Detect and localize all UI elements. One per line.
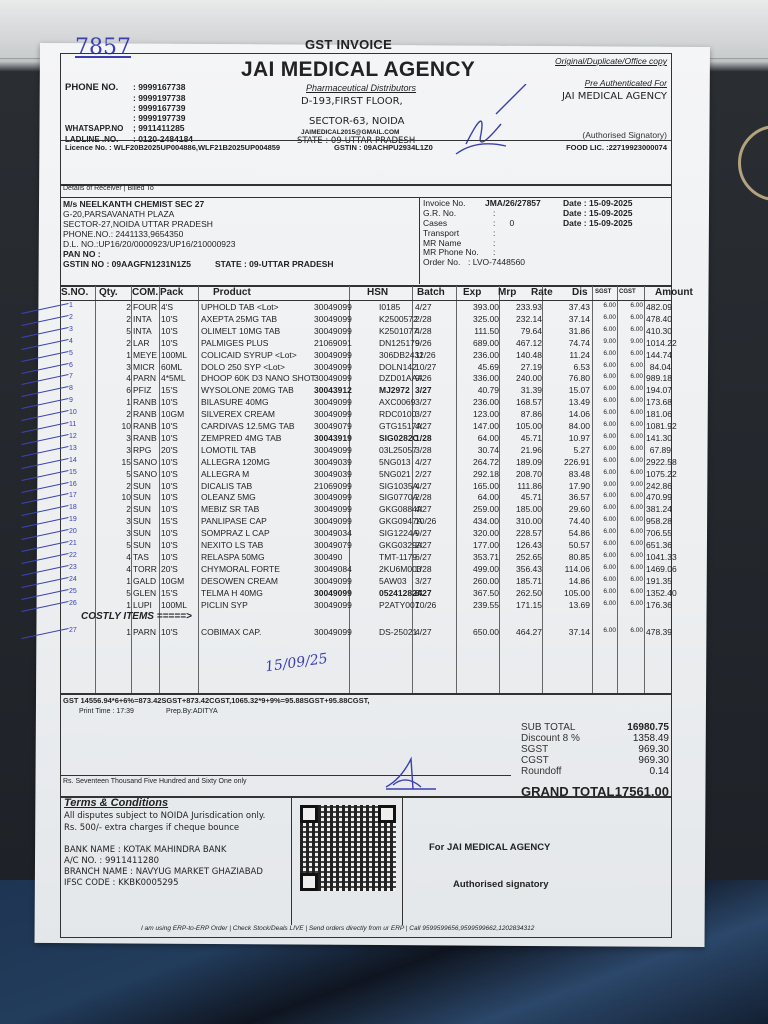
receiver-label: Details of Receiver | Billed To [63,185,154,192]
cell-mrp: 165.00 [458,481,499,491]
cell-mrp: 111.50 [458,326,499,336]
cell-exp: 2/28 [415,492,432,502]
cell-mrp: 325.00 [458,314,499,324]
cell-pack: 10'S [161,552,178,562]
cell-amount: 67.89 [646,445,671,455]
cell-exp: 11/26 [415,350,436,360]
order-number: : LVO-7448560 [468,257,525,267]
cell-product: COLICAID SYRUP <Lot> [201,350,297,360]
cell-com: SUN [133,504,151,514]
cell-rate: 45.71 [501,492,542,502]
qr-code-icon [300,805,396,891]
cell-qty: 2 [95,504,131,514]
cell-product: DHOOP 60K D3 NANO SHOT [201,373,316,383]
cell-cgst: 6.00 [618,385,643,392]
cell-com: SUN [133,516,151,526]
cell-mrp: 650.00 [458,627,499,637]
cell-mrp: 292.18 [458,469,499,479]
cell-amount: 84.04 [646,362,671,372]
receiver-name: M/s NEELKANTH CHEMIST SEC 27 [63,199,334,209]
cell-dis: 74.40 [544,516,590,526]
cell-sgst: 6.00 [593,504,616,511]
cell-pack: 100ML [161,600,187,610]
pre-authenticated-name: JAI MEDICAL AGENCY [562,91,667,102]
cell-cgst: 6.00 [618,362,643,369]
cell-com: PFIZ [133,385,151,395]
cell-sgst: 9.00 [593,338,616,345]
cell-exp: 4/27 [415,421,432,431]
cell-exp: 3/27 [415,385,432,395]
cell-hsn: 30049084 [314,564,352,574]
cell-exp: 10/26 [415,600,436,610]
cell-sno: 22 [69,552,77,559]
cell-amount: 176.36 [646,600,671,610]
cell-cgst: 6.00 [618,373,643,380]
cell-exp: 4/27 [415,481,432,491]
cell-cgst: 6.00 [618,314,643,321]
cell-cgst: 6.00 [618,350,643,357]
terms-title: Terms & Conditions [64,797,168,809]
table-row: 51MEYE100MLCOLICAID SYRUP <Lot>300490993… [61,350,671,362]
cell-amount: 1469.06 [646,564,671,574]
cell-batch: MJ2972 [379,385,410,395]
cell-com: RANB [133,397,157,407]
cell-product: OLIMELT 10MG TAB [201,326,280,336]
cell-batch: I0185 [379,302,400,312]
cell-qty: 3 [95,433,131,443]
rubber-band [738,125,768,201]
cell-mrp: 499.00 [458,564,499,574]
cell-mrp: 30.74 [458,445,499,455]
cell-cgst: 6.00 [618,457,643,464]
receiver-details: M/s NEELKANTH CHEMIST SEC 27 G-20,PARSAV… [63,199,334,269]
cell-amount: 173.68 [646,397,671,407]
cell-sno: 3 [69,326,73,333]
cell-dis: 17.90 [544,481,590,491]
table-row: 91RANB10'SBILASURE 40MG30049099AXC00693/… [61,397,671,409]
cell-hsn: 30049099 [314,350,352,360]
cell-hsn: 30049099 [314,576,352,586]
cell-com: INTA [133,314,152,324]
cell-amount: 2922.58 [646,457,671,467]
cell-product: BILASURE 40MG [201,397,269,407]
cell-batch: DS-25021 [379,627,417,637]
cell-sno: 8 [69,385,73,392]
cell-sgst: 6.00 [593,445,616,452]
cell-pack: 15'S [161,516,178,526]
table-row: 102RANB10GMSILVEREX CREAM30049099RDC0100… [61,409,671,421]
authorised-signatory: Authorised signatory [453,879,549,890]
cell-sno: 4 [69,338,73,345]
cell-cgst: 6.00 [618,421,643,428]
cell-qty: 3 [95,516,131,526]
cell-amount: 191.35 [646,576,671,586]
cell-cgst: 6.00 [618,564,643,571]
cell-mrp: 123.00 [458,409,499,419]
cell-product: DESOWEN CREAM [201,576,278,586]
cell-exp: 1/28 [415,564,432,574]
cell-hsn: 30049099 [314,373,352,383]
cell-rate: 21.96 [501,445,542,455]
table-row: 271PARN10'SCOBIMAX CAP.30049099DS-250214… [61,627,671,639]
cell-qty: 15 [95,457,131,467]
cell-mrp: 320.00 [458,528,499,538]
cell-sgst: 6.00 [593,350,616,357]
cell-mrp: 353.71 [458,552,499,562]
cell-qty: 4 [95,373,131,383]
cell-qty: 4 [95,552,131,562]
cell-com: RANB [133,409,157,419]
cell-qty: 2 [95,481,131,491]
cell-rate: 233.93 [501,302,542,312]
cell-sgst: 6.00 [593,469,616,476]
terms-text: All disputes subject to NOIDA Jurisdicat… [64,810,265,834]
cell-amount: 958.28 [646,516,671,526]
table-row: 241GALD10GMDESOWEN CREAM300490995AW033/2… [61,576,671,588]
table-row: 182SUN10'SMEBIZ SR TAB30049099GKG0884A4/… [61,504,671,516]
table-row: 234TORR20'SCHYMORAL FORTE300490842KU6M00… [61,564,671,576]
cell-rate: 185.71 [501,576,542,586]
cell-cgst: 6.00 [618,627,643,634]
gst-breakdown: GST 14556.94*6+6%=873.42SGST+873.42CGST,… [63,696,369,705]
cell-dis: 105.00 [544,588,590,598]
cell-sno: 26 [69,600,77,607]
table-row: 1710SUN10'SOLEANZ 5MG30049099SIG0770A2/2… [61,492,671,504]
for-agency-label: For JAI MEDICAL AGENCY [429,842,550,853]
cell-rate: 87.86 [501,409,542,419]
cell-dis: 5.27 [544,445,590,455]
cell-dis: 84.00 [544,421,590,431]
cell-qty: 2 [95,314,131,324]
cell-cgst: 6.00 [618,516,643,523]
cell-batch: SIG1224A [379,528,418,538]
cell-com: PARN [133,627,156,637]
totals-section: GST 14556.94*6+6%=873.42SGST+873.42CGST,… [60,693,672,798]
cell-qty: 4 [95,564,131,574]
cell-amount: 410.30 [646,326,671,336]
cell-sgst: 6.00 [593,362,616,369]
cell-rate: 310.00 [501,516,542,526]
table-row: 74PARN4*5MLDHOOP 60K D3 NANO SHOT3004909… [61,373,671,385]
cell-com: SUN [133,481,151,491]
cell-cgst: 6.00 [618,504,643,511]
copy-type: Original/Duplicate/Office copy [555,56,667,66]
cell-com: GLEN [133,588,156,598]
cell-pack: 10'S [161,492,178,502]
cell-com: TAS [133,552,149,562]
cell-dis: 6.53 [544,362,590,372]
cell-rate: 31.39 [501,385,542,395]
cell-rate: 105.00 [501,421,542,431]
cell-product: PANLIPASE CAP [201,516,267,526]
print-time: Print Time : 17:39 [79,708,134,715]
cell-hsn: 30049099 [314,504,352,514]
seller-phones: PHONE NO.: 9999167738 : 9999197738 : 999… [65,82,193,145]
cell-rate: 467.12 [501,338,542,348]
cell-sno: 5 [69,350,73,357]
cell-dis: 13.49 [544,397,590,407]
cell-product: ALLEGRA 120MG [201,457,270,467]
cell-sgst: 6.00 [593,492,616,499]
cell-com: LUPI [133,600,152,610]
cell-dis: 10.97 [544,433,590,443]
cell-pack: 100ML [161,350,187,360]
receiver-section: Details of Receiver | Billed To M/s NEEL… [60,185,672,287]
cell-pack: 4'S [161,302,173,312]
cell-cgst: 6.00 [618,445,643,452]
cell-rate: 140.48 [501,350,542,360]
cell-batch: 5NG021 [379,469,411,479]
receiver-gstin: GSTIN NO : 09AAGFN1231N1Z5 [63,259,191,269]
seller-name: JAI MEDICAL AGENCY [241,58,475,82]
cell-pack: 4*5ML [161,373,186,383]
cell-mrp: 45.69 [458,362,499,372]
cell-hsn: 30043912 [314,385,352,395]
cell-amount: 1081.92 [646,421,671,431]
cell-mrp: 236.00 [458,350,499,360]
cell-rate: 240.00 [501,373,542,383]
cell-rate: 262.50 [501,588,542,598]
cell-qty: 3 [95,362,131,372]
cell-exp: 9/27 [415,528,432,538]
cell-dis: 226.91 [544,457,590,467]
table-row: 255GLEN15'STELMA H 40MG3004909905241282A… [61,588,671,600]
erp-note: I am using ERP-to-ERP Order | Check Stoc… [141,925,534,932]
cell-amount: 470.99 [646,492,671,502]
table-row: 162SUN10'SDICALIS TAB21069099SIG1035A4/2… [61,481,671,493]
table-row: 224TAS10'SRELASPA 50MG300490TMT-11796/27… [61,552,671,564]
seller-tagline: Pharmaceutical Distributors [306,83,416,93]
cell-hsn: 30049099 [314,492,352,502]
cell-com: SUN [133,540,151,550]
cell-qty: 5 [95,588,131,598]
cell-qty: 1 [95,576,131,586]
sub-total: 16980.75 [627,722,669,733]
cell-sgst: 6.00 [593,314,616,321]
invoice-type-title: GST INVOICE [305,37,392,52]
cell-sno: 27 [69,627,77,634]
cell-product: PICLIN SYP [201,600,248,610]
cell-mrp: 259.00 [458,504,499,514]
cell-sno: 14 [69,457,77,464]
cell-mrp: 64.00 [458,433,499,443]
cell-batch: SIG1035A [379,481,418,491]
cell-exp: 2/27 [415,540,432,550]
cell-exp: 4/27 [415,457,432,467]
cell-qty: 10 [95,492,131,502]
cell-pack: 10'S [161,433,178,443]
cell-cgst: 6.00 [618,588,643,595]
table-row: 35INTA10'SOLIMELT 10MG TAB30049099K25010… [61,326,671,338]
cell-sno: 19 [69,516,77,523]
table-row: 1415SANO10'SALLEGRA 120MG300490395NG0134… [61,457,671,469]
cell-sno: 16 [69,481,77,488]
cell-product: CHYMORAL FORTE [201,564,280,574]
cell-sgst: 6.00 [593,552,616,559]
food-licence: FOOD LIC. :22719923000074 [566,143,667,152]
cell-qty: 3 [95,528,131,538]
cell-amount: 478.40 [646,314,671,324]
seller-address-2: SECTOR-63, NOIDA [309,116,405,127]
table-row: 42LAR10'SPALMIGES PLUS21069091DN1251799/… [61,338,671,350]
cell-sno: 15 [69,469,77,476]
cell-mrp: 689.00 [458,338,499,348]
cell-batch: SIG0282C [379,433,419,443]
cell-batch: TMT-1179 [379,552,417,562]
cell-batch: DN125179 [379,338,420,348]
cell-com: FOUR [133,302,157,312]
cell-hsn: 30049099 [314,326,352,336]
cell-batch: P2ATY007 [379,600,419,610]
cell-com: TORR [133,564,157,574]
cell-hsn: 30049099 [314,600,352,610]
cell-product: LOMOTIL TAB [201,445,256,455]
cell-pack: 10GM [161,409,184,419]
cell-dis: 36.57 [544,492,590,502]
cell-dis: 31.86 [544,326,590,336]
cell-rate: 228.57 [501,528,542,538]
amount-in-words: Rs. Seventeen Thousand Five Hundred and … [63,778,247,785]
cell-rate: 232.14 [501,314,542,324]
cell-product: UPHOLD TAB <Lot> [201,302,279,312]
seller-gstin: GSTIN : 09ACHPU2934L1Z0 [334,143,433,152]
cell-rate: 189.09 [501,457,542,467]
cell-sno: 12 [69,433,77,440]
cell-rate: 168.57 [501,397,542,407]
cell-mrp: 239.55 [458,600,499,610]
cell-hsn: 30049099 [314,302,352,312]
table-row: 123RANB10'SZEMPRED 4MG TAB30043919SIG028… [61,433,671,445]
cell-sgst: 6.00 [593,588,616,595]
cell-com: SANO [133,469,157,479]
cell-exp: 4/27 [415,627,432,637]
cell-sno: 24 [69,576,77,583]
cell-exp: 4/27 [415,302,432,312]
cell-batch: K2500572 [379,314,418,324]
cell-dis: 14.86 [544,576,590,586]
cell-qty: 5 [95,469,131,479]
cell-mrp: 236.00 [458,397,499,407]
table-row: 22INTA10'SAXEPTA 25MG TAB30049099K250057… [61,314,671,326]
cell-sgst: 6.00 [593,385,616,392]
cell-dis: 13.69 [544,600,590,610]
cell-cgst: 6.00 [618,397,643,404]
cell-qty: 2 [95,338,131,348]
cell-batch: SIG0770A [379,492,418,502]
cell-cgst: 6.00 [618,409,643,416]
cell-rate: 208.70 [501,469,542,479]
cell-exp: 10/27 [415,362,436,372]
cell-exp: 2/27 [415,469,432,479]
cell-dis: 114.06 [544,564,590,574]
cell-amount: 651.36 [646,540,671,550]
cell-mrp: 147.00 [458,421,499,431]
cell-sgst: 6.00 [593,302,616,309]
cell-hsn: 300490 [314,552,342,562]
cell-sgst: 6.00 [593,397,616,404]
cell-hsn: 30043919 [314,433,352,443]
cell-amount: 706.55 [646,528,671,538]
cell-sno: 11 [69,421,76,428]
cell-product: DOLO 250 SYP <Lot> [201,362,285,372]
sgst-total: 969.30 [638,744,669,755]
cell-batch: DOLN142 [379,362,417,372]
cell-qty: 10 [95,421,131,431]
cell-amount: 381.24 [646,504,671,514]
cell-batch: 5NG013 [379,457,411,467]
cell-sno: 25 [69,588,77,595]
cell-sgst: 6.00 [593,540,616,547]
roundoff: 0.14 [650,766,669,777]
stamp-signature-icon [381,749,441,794]
cell-com: MEYE [133,350,157,360]
cell-product: ALLEGRA M [201,469,249,479]
summary-values: SUB TOTAL16980.75 Discount 8 %1358.49 SG… [521,722,669,777]
table-row: 193SUN15'SPANLIPASE CAP30049099GKG0947A1… [61,516,671,528]
cell-pack: 10'S [161,627,178,637]
cell-hsn: 21069091 [314,338,352,348]
cell-amount: 482.09 [646,302,671,312]
cell-amount: 181.06 [646,409,671,419]
authorised-signatory-label: (Authorised Signatory) [582,130,667,140]
cell-sno: 21 [69,540,77,547]
cell-cgst: 9.00 [618,481,643,488]
cell-batch: 03L25057 [379,445,417,455]
cell-rate: 45.71 [501,433,542,443]
cell-rate: 111.86 [501,481,542,491]
cell-rate: 356.43 [501,564,542,574]
cell-sno: 7 [69,373,73,380]
cell-hsn: 30049079 [314,540,352,550]
seller-email: JAIMEDICAL2015@GMAIL.COM [301,129,399,136]
cell-mrp: 64.00 [458,492,499,502]
cell-product: RELASPA 50MG [201,552,265,562]
cell-cgst: 6.00 [618,492,643,499]
cell-sgst: 6.00 [593,457,616,464]
cell-product: ZEMPRED 4MG TAB [201,433,281,443]
cell-com: SUN [133,492,151,502]
cell-sno: 9 [69,397,73,404]
table-row: 215SUN10'SNEXITO LS TAB30049079GKG0329A2… [61,540,671,552]
cell-product: SOMPRAZ L CAP [201,528,270,538]
cell-exp: 1/28 [415,433,432,443]
cell-pack: 10'S [161,421,178,431]
cell-rate: 171.15 [501,600,542,610]
cell-cgst: 6.00 [618,433,643,440]
items-table: S.NO. Qty. COM. Pack Product HSN Batch E… [60,285,672,695]
table-row: 86PFIZ15'SWYSOLONE 20MG TAB30043912MJ297… [61,385,671,397]
cell-sgst: 6.00 [593,528,616,535]
cell-hsn: 30049099 [314,397,352,407]
cell-exp: 10/26 [415,516,436,526]
cell-pack: 10'S [161,540,178,550]
cell-batch: AXC0069 [379,397,415,407]
cell-exp: 3/27 [415,576,432,586]
cell-amount: 1014.22 [646,338,671,348]
cell-com: PARN [133,373,156,383]
cell-sno: 17 [69,492,77,499]
cell-pack: 10'S [161,397,178,407]
cell-sgst: 6.00 [593,421,616,428]
cell-sno: 2 [69,314,73,321]
cell-qty: 2 [95,409,131,419]
cell-sgst: 6.00 [593,516,616,523]
cell-rate: 252.65 [501,552,542,562]
cell-cgst: 9.00 [618,338,643,345]
cell-rate: 464.27 [501,627,542,637]
cell-exp: 2/28 [415,314,432,324]
cell-pack: 10'S [161,314,178,324]
